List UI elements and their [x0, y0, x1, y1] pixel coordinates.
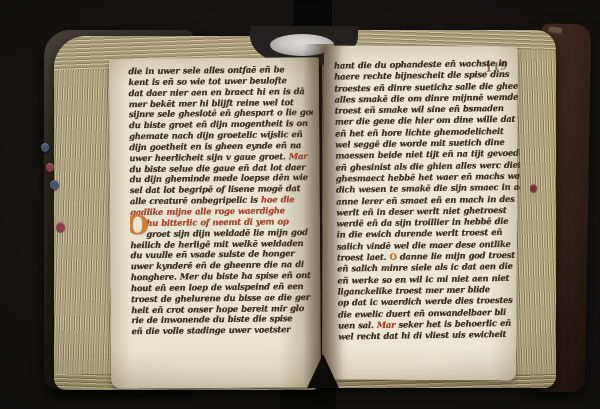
bookmark-tab-red [56, 222, 65, 232]
drop-initial-letter: O [128, 214, 148, 238]
manuscript-text-right: hant die du ophandeste eñ wachste inhaer… [334, 59, 522, 347]
right-page: 119 hant die du ophandeste eñ wachste in… [322, 45, 518, 380]
bookmark-tab-red [46, 163, 54, 172]
left-page: O die in uwer sele alles ontfaē eñ beken… [109, 57, 321, 388]
photo-backdrop: O die in uwer sele alles ontfaē eñ beken… [0, 0, 600, 409]
manuscript-line: eñ die volle stadinge uwer voetster [131, 325, 315, 338]
bookmark-tab-red [530, 184, 537, 192]
manuscript-text-left: O die in uwer sele alles ontfaē eñ beken… [128, 65, 315, 343]
bookmark-tab-blue [50, 180, 59, 190]
manuscript-line: wel recht dat hi di vliest uis ewicheit [338, 330, 522, 344]
bookmark-tab-blue [41, 143, 49, 152]
